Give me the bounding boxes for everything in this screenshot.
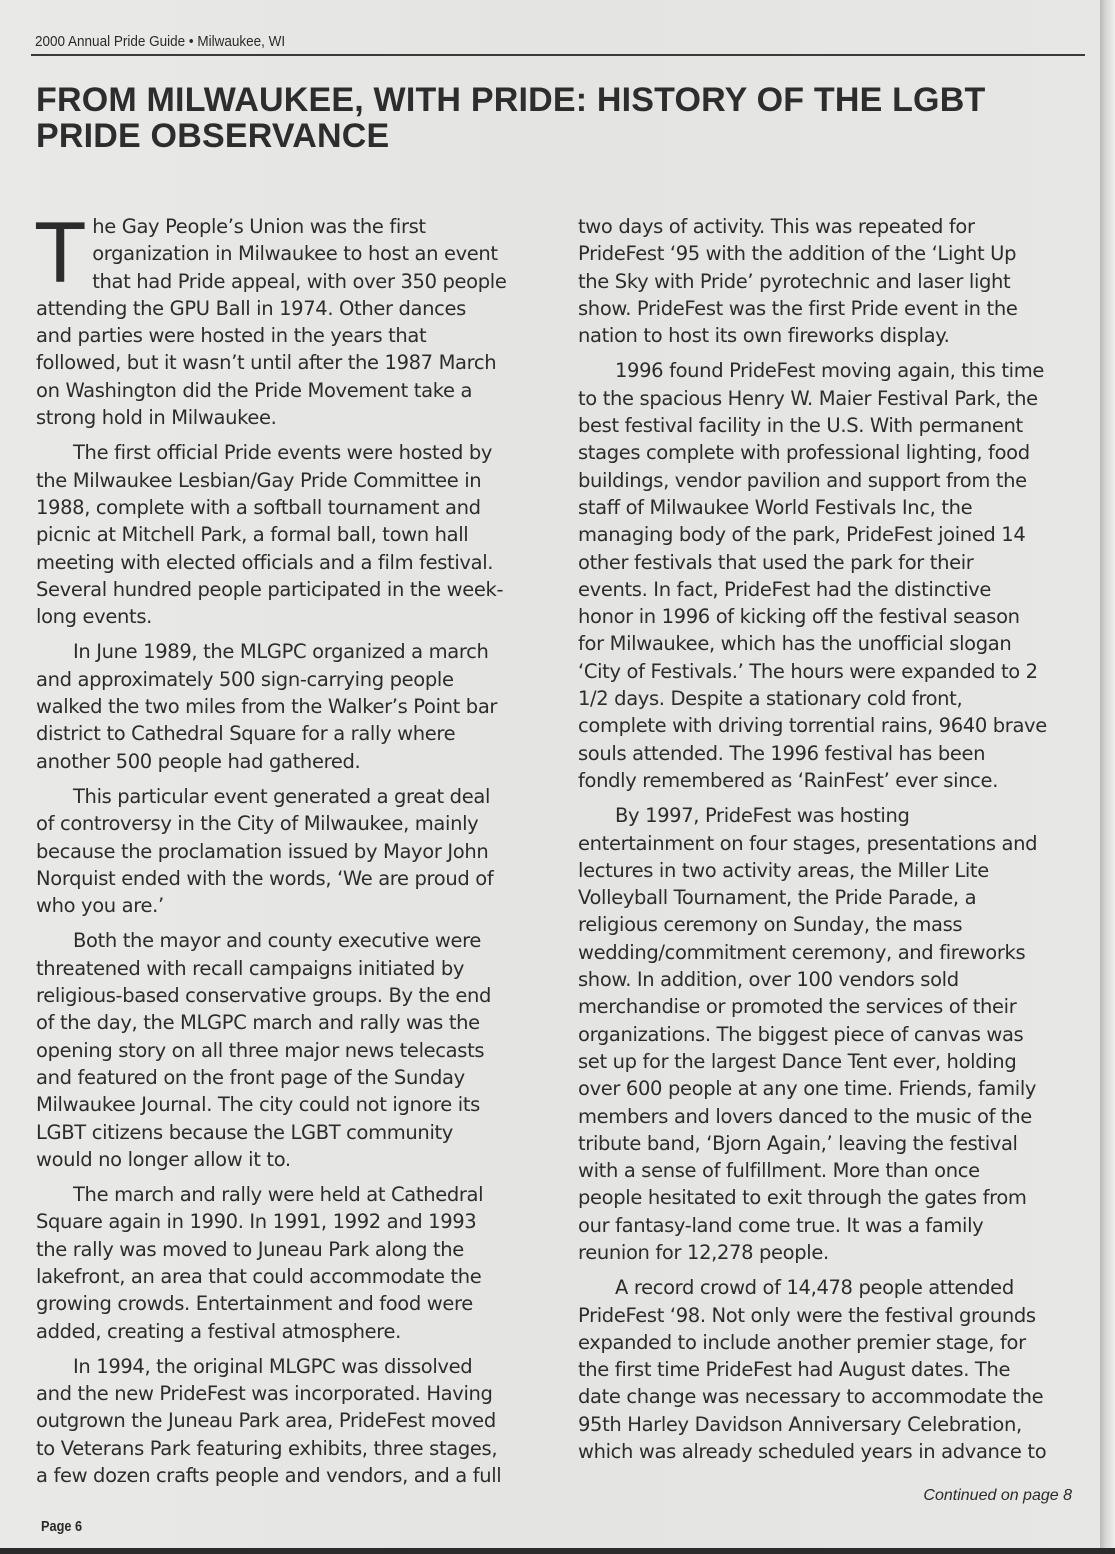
article-title: FROM MILWAUKEE, WITH PRIDE: HISTORY OF T…: [36, 82, 1056, 154]
text-line: PrideFest ‘98. Not only were the festiva…: [578, 1302, 1088, 1329]
text-line: long events.: [36, 603, 548, 630]
text-line: date change was necessary to accommodate…: [578, 1383, 1088, 1410]
text-line: souls attended. The 1996 festival has be…: [578, 740, 1088, 767]
text-line: ‘City of Festivals.’ The hours were expa…: [578, 658, 1088, 685]
text-line: growing crowds. Entertainment and food w…: [36, 1290, 548, 1317]
title-line: FROM MILWAUKEE, WITH PRIDE: HISTORY OF T…: [36, 82, 1056, 118]
text-line: other festivals that used the park for t…: [578, 549, 1088, 576]
text-line: for Milwaukee, which has the unofficial …: [578, 630, 1088, 657]
text-line: nation to host its own fireworks display…: [578, 322, 1088, 349]
text-line: A record crowd of 14,478 people attended: [578, 1274, 1088, 1301]
text-line: the rally was moved to Juneau Park along…: [36, 1236, 548, 1263]
text-line: walked the two miles from the Walker’s P…: [36, 693, 548, 720]
text-line: 1/2 days. Despite a stationary cold fron…: [578, 685, 1088, 712]
text-line: wedding/commitment ceremony, and firewor…: [578, 939, 1088, 966]
text-line: Several hundred people participated in t…: [36, 576, 548, 603]
running-head: 2000 Annual Pride Guide • Milwaukee, WI: [35, 33, 285, 50]
paragraph: In 1994, the original MLGPC was dissolve…: [36, 1353, 548, 1489]
text-line: lakefront, an area that could accommodat…: [36, 1263, 548, 1290]
text-line: Square again in 1990. In 1991, 1992 and …: [36, 1208, 548, 1235]
continued-on-page-note: Continued on page 8: [923, 1487, 1072, 1505]
text-line: and approximately 500 sign-carrying peop…: [36, 666, 548, 693]
text-line: best festival facility in the U.S. With …: [578, 412, 1088, 439]
text-line: our fantasy-land come true. It was a fam…: [578, 1212, 1088, 1239]
text-line: the Sky with Pride’ pyrotechnic and lase…: [578, 268, 1088, 295]
text-line: In June 1989, the MLGPC organized a marc…: [36, 638, 548, 665]
text-line: 1996 found PrideFest moving again, this …: [578, 357, 1088, 384]
text-line: The first official Pride events were hos…: [36, 439, 548, 466]
text-line: two days of activity. This was repeated …: [578, 213, 1088, 240]
text-line: organizations. The biggest piece of canv…: [578, 1021, 1088, 1048]
text-line: By 1997, PrideFest was hosting: [578, 802, 1088, 829]
text-line: with a sense of fulfillment. More than o…: [578, 1157, 1088, 1184]
text-line: religious ceremony on Sunday, the mass: [578, 911, 1088, 938]
text-line: managing body of the park, PrideFest joi…: [578, 521, 1088, 548]
text-line: complete with driving torrential rains, …: [578, 712, 1088, 739]
paragraph: The first official Pride events were hos…: [36, 439, 548, 630]
text-line: Volleyball Tournament, the Pride Parade,…: [578, 884, 1088, 911]
text-line: added, creating a festival atmosphere.: [36, 1318, 548, 1345]
text-line: events. In fact, PrideFest had the disti…: [578, 576, 1088, 603]
paragraph: 1996 found PrideFest moving again, this …: [578, 357, 1088, 794]
text-line: 1988, complete with a softball tournamen…: [36, 494, 548, 521]
text-line: who you are.’: [36, 892, 548, 919]
text-line: threatened with recall campaigns initiat…: [36, 955, 548, 982]
paragraph: Both the mayor and county executive were…: [36, 927, 548, 1173]
paragraph: A record crowd of 14,478 people attended…: [578, 1274, 1088, 1465]
text-line: because the proclamation issued by Mayor…: [36, 838, 548, 865]
text-line: The march and rally were held at Cathedr…: [36, 1181, 548, 1208]
text-line: people hesitated to exit through the gat…: [578, 1184, 1088, 1211]
text-line: PrideFest ‘95 with the addition of the ‘…: [578, 240, 1088, 267]
text-line: This particular event generated a great …: [36, 783, 548, 810]
paragraph: By 1997, PrideFest was hosting entertain…: [578, 802, 1088, 1266]
title-line: PRIDE OBSERVANCE: [36, 118, 1056, 154]
text-line: on Washington did the Pride Movement tak…: [36, 377, 548, 404]
text-line: to Veterans Park featuring exhibits, thr…: [36, 1435, 548, 1462]
text-line: the Milwaukee Lesbian/Gay Pride Committe…: [36, 467, 548, 494]
text-line: of controversy in the City of Milwaukee,…: [36, 810, 548, 837]
text-line: strong hold in Milwaukee.: [36, 404, 548, 431]
page-bottom-edge: [0, 1548, 1115, 1554]
text-line: expanded to include another premier stag…: [578, 1329, 1088, 1356]
text-line: attending the GPU Ball in 1974. Other da…: [36, 295, 548, 322]
text-line: and parties were hosted in the years tha…: [36, 322, 548, 349]
text-line: Both the mayor and county executive were: [36, 927, 548, 954]
text-line: 95th Harley Davidson Anniversary Celebra…: [578, 1411, 1088, 1438]
text-line: show. PrideFest was the first Pride even…: [578, 295, 1088, 322]
text-line: buildings, vendor pavilion and support f…: [578, 467, 1088, 494]
text-line: district to Cathedral Square for a rally…: [36, 720, 548, 747]
page-edge-shadow: [1100, 0, 1115, 1554]
paragraph: This particular event generated a great …: [36, 783, 548, 919]
header-rule: [31, 54, 1085, 56]
text-line: followed, but it wasn’t until after the …: [36, 349, 548, 376]
text-line: members and lovers danced to the music o…: [578, 1103, 1088, 1130]
text-line: show. In addition, over 100 vendors sold: [578, 966, 1088, 993]
paragraph: In June 1989, the MLGPC organized a marc…: [36, 638, 548, 774]
text-line: lectures in two activity areas, the Mill…: [578, 857, 1088, 884]
text-line: religious-based conservative groups. By …: [36, 982, 548, 1009]
text-line: LGBT citizens because the LGBT community: [36, 1119, 548, 1146]
text-line: a few dozen crafts people and vendors, a…: [36, 1462, 548, 1489]
page-number: Page 6: [41, 1518, 82, 1535]
paragraph: The march and rally were held at Cathedr…: [36, 1181, 548, 1345]
text-line: of the day, the MLGPC march and rally wa…: [36, 1009, 548, 1036]
text-line: staff of Milwaukee World Festivals Inc, …: [578, 494, 1088, 521]
text-line: fondly remembered as ‘RainFest’ ever sin…: [578, 767, 1088, 794]
text-line: set up for the largest Dance Tent ever, …: [578, 1048, 1088, 1075]
text-line: In 1994, the original MLGPC was dissolve…: [36, 1353, 548, 1380]
text-line: tribute band, ‘Bjorn Again,’ leaving the…: [578, 1130, 1088, 1157]
text-line: to the spacious Henry W. Maier Festival …: [578, 385, 1088, 412]
text-line: merchandise or promoted the services of …: [578, 993, 1088, 1020]
text-line: would no longer allow it to.: [36, 1146, 548, 1173]
text-line: the first time PrideFest had August date…: [578, 1356, 1088, 1383]
text-line: entertainment on four stages, presentati…: [578, 830, 1088, 857]
magazine-page: 2000 Annual Pride Guide • Milwaukee, WI …: [0, 0, 1100, 1548]
drop-cap: T: [34, 221, 86, 285]
text-line: meeting with elected officials and a fil…: [36, 549, 548, 576]
text-line: over 600 people at any one time. Friends…: [578, 1075, 1088, 1102]
text-line: honor in 1996 of kicking off the festiva…: [578, 603, 1088, 630]
text-line: another 500 people had gathered.: [36, 748, 548, 775]
paragraph: T he Gay People’s Union was the first or…: [36, 213, 548, 431]
text-line: organization in Milwaukee to host an eve…: [36, 240, 548, 267]
text-line: which was already scheduled years in adv…: [578, 1438, 1088, 1465]
text-line: reunion for 12,278 people.: [578, 1239, 1088, 1266]
text-line: outgrown the Juneau Park area, PrideFest…: [36, 1407, 548, 1434]
text-line: and featured on the front page of the Su…: [36, 1064, 548, 1091]
text-line: picnic at Mitchell Park, a formal ball, …: [36, 521, 548, 548]
text-line: that had Pride appeal, with over 350 peo…: [36, 268, 548, 295]
text-line: stages complete with professional lighti…: [578, 439, 1088, 466]
paragraph: two days of activity. This was repeated …: [578, 213, 1088, 349]
text-line: and the new PrideFest was incorporated. …: [36, 1380, 548, 1407]
text-line: Norquist ended with the words, ‘We are p…: [36, 865, 548, 892]
text-line: he Gay People’s Union was the first: [36, 213, 548, 240]
left-column: T he Gay People’s Union was the first or…: [36, 213, 548, 1497]
right-column: two days of activity. This was repeated …: [578, 213, 1088, 1473]
text-line: opening story on all three major news te…: [36, 1037, 548, 1064]
text-line: Milwaukee Journal. The city could not ig…: [36, 1091, 548, 1118]
